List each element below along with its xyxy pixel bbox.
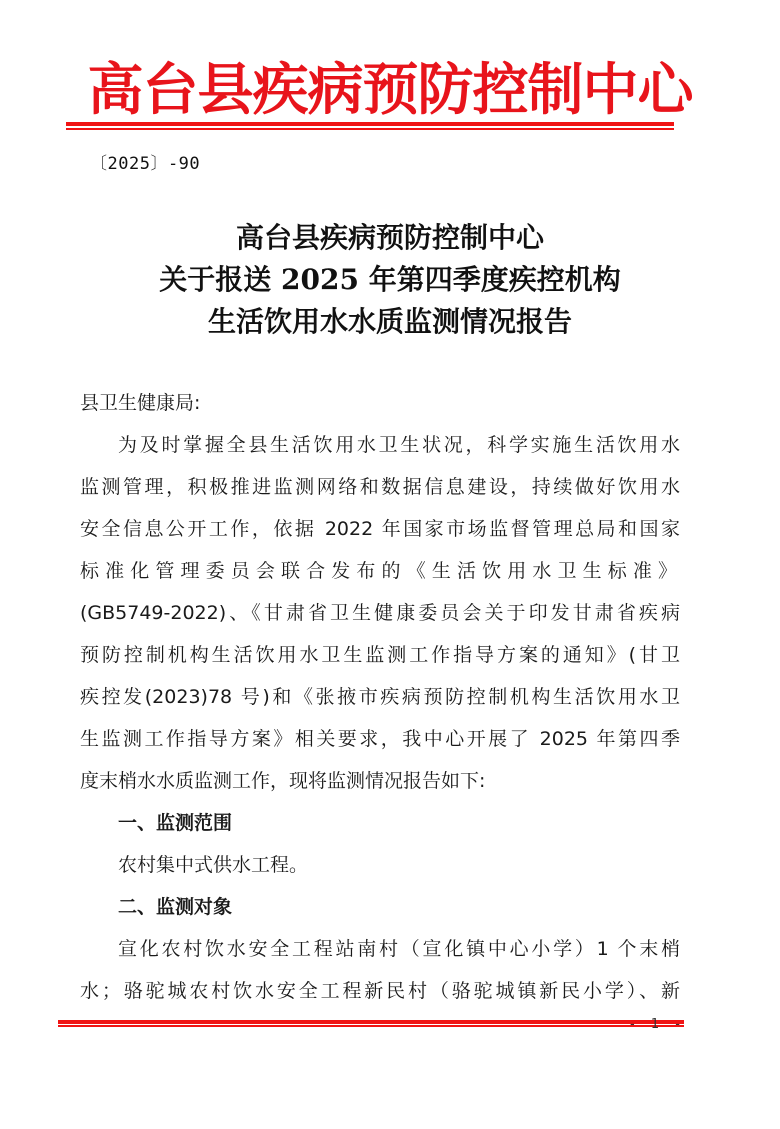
document-title-line-2: 关于报送 2025 年第四季度疾控机构: [60, 260, 720, 300]
document-title-line-3: 生活饮用水水质监测情况报告: [60, 302, 720, 342]
body-line: (GB5749-2022)、《甘肃省卫生健康委员会关于印发甘肃省疾病: [80, 601, 680, 625]
section-text: 水；骆驼城农村饮水安全工程新民村（骆驼城镇新民小学）、新: [80, 979, 680, 1003]
section-text: 宣化农村饮水安全工程站南村（宣化镇中心小学）1 个末梢: [118, 937, 680, 961]
section-heading-monitoring-scope: 一、监测范围: [118, 811, 680, 835]
document-title-line-1: 高台县疾病预防控制中心: [60, 218, 720, 258]
salutation: 县卫生健康局:: [80, 391, 680, 415]
section-text: 农村集中式供水工程。: [118, 853, 680, 877]
body-line: 安全信息公开工作，依据 2022 年国家市场监督管理总局和国家: [80, 517, 680, 541]
body-line: 监测管理，积极推进监测网络和数据信息建设，持续做好饮用水: [80, 475, 680, 499]
body-line: 标准化管理委员会联合发布的《生活饮用水卫生标准》: [80, 559, 680, 583]
section-heading-monitoring-objects: 二、监测对象: [118, 895, 680, 919]
body-line: 度末梢水水质监测工作，现将监测情况报告如下:: [80, 769, 680, 793]
body-line: 预防控制机构生活饮用水卫生监测工作指导方案的通知》(甘卫: [80, 643, 680, 667]
body-line: 为及时掌握全县生活饮用水卫生状况，科学实施生活饮用水: [118, 433, 680, 457]
page-number: - 1 -: [630, 1016, 686, 1034]
document-number: 〔2025〕-90: [90, 152, 200, 176]
body-line: 生监测工作指导方案》相关要求，我中心开展了 2025 年第四季: [80, 727, 680, 751]
footer-rule-thin: [58, 1025, 684, 1027]
masthead-title: 高台县疾病预防控制中心: [60, 58, 720, 122]
header-rule-thin: [66, 128, 674, 130]
header-rule-thick: [66, 122, 674, 126]
body-line: 疾控发(2023)78 号)和《张掖市疾病预防控制机构生活饮用水卫: [80, 685, 680, 709]
footer-rule-thick: [58, 1020, 684, 1024]
